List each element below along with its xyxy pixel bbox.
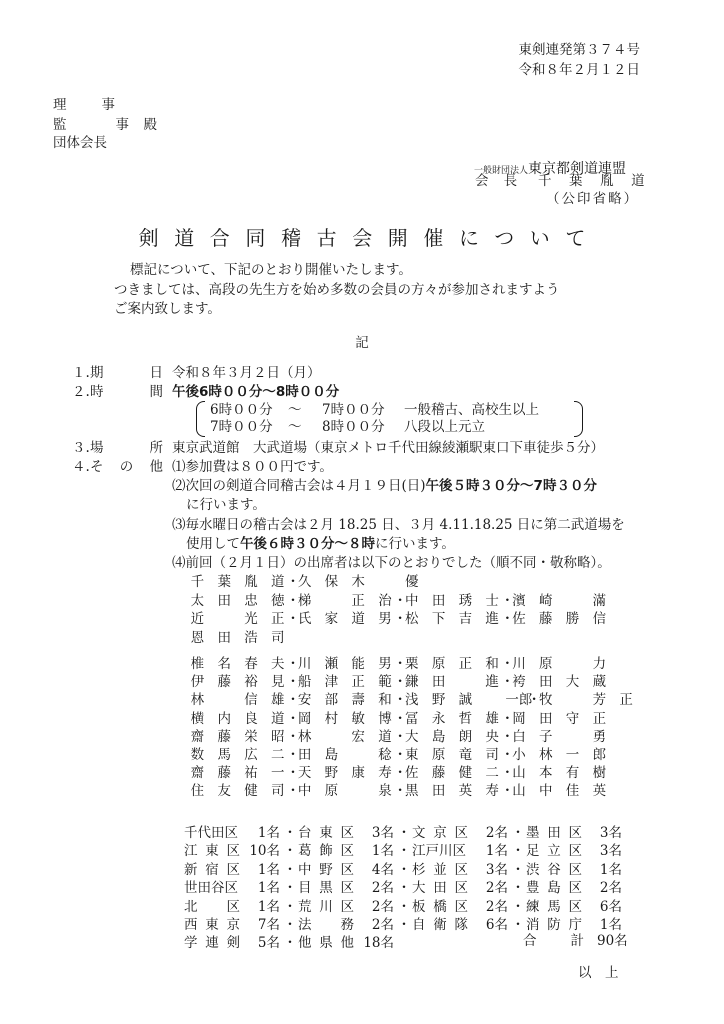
ward-count: 2名	[354, 882, 396, 896]
schedule-bracket-right	[574, 401, 583, 437]
schedule-desc: 八段以上元立	[404, 421, 485, 435]
recipient-group-heads: 団体会長	[53, 137, 107, 151]
attendee-row: 椎名春夫・川瀬能男・栗原正和・川原力	[184, 658, 613, 672]
item-number-3: ３.	[72, 442, 90, 456]
name-char: 田	[211, 595, 238, 609]
name-char: 田	[425, 785, 452, 799]
seal-omitted-note: （公印省略）	[546, 193, 639, 207]
name-char: 光	[238, 613, 265, 627]
attendee-row: 伊藤裕見・船津正範・鎌田進・袴田大蔵	[184, 676, 613, 690]
name-char: 裕	[238, 676, 265, 690]
ward-name: 足立区	[526, 845, 582, 859]
ward-count: 1名	[582, 919, 624, 933]
schedule-row-2: 7時００分 ～ 8時００分 八段以上元立	[210, 421, 273, 435]
schedule-desc: 一般稽古、高校生以上	[404, 404, 539, 418]
name-char: 部	[318, 694, 345, 708]
name-char: 朗	[452, 731, 479, 745]
name-char: 原	[318, 785, 345, 799]
schedule-to: 8時００分	[322, 421, 385, 435]
note-text: 使用して	[186, 536, 240, 552]
name-char	[559, 694, 586, 708]
ward-separator: ・	[396, 864, 412, 878]
ward-row: 世田谷区1名・目黒区2名・大田区2名・豊島区2名	[184, 882, 624, 896]
name-char: 司	[264, 632, 291, 646]
name-char: 英	[586, 785, 613, 799]
name-char: 正	[345, 595, 372, 609]
name-char	[372, 576, 399, 590]
name-char: 壽	[345, 694, 372, 708]
schedule-row-1: 6時００分 ～ 7時００分 一般稽古、高校生以上	[210, 404, 273, 418]
name-char: 誠	[452, 694, 479, 708]
note-previous-attendees: ⑷前回（２月１日）の出席者は以下のとおりでした（順不同・敬称略）。	[172, 557, 611, 571]
ward-name: 渋谷区	[526, 864, 582, 878]
name-char: 正	[613, 694, 640, 708]
recipient-char: 事	[102, 99, 116, 113]
ward-count: 2名	[582, 882, 624, 896]
name-char: 島	[318, 749, 345, 763]
ward-count: 3名	[354, 827, 396, 841]
ki-heading: 記	[0, 337, 724, 351]
event-place: 東京武道館 大武道場（東京メトロ千代田線綾瀬駅東口下車徒歩５分）	[172, 442, 604, 456]
ward-separator: ・	[282, 845, 298, 859]
name-char: 村	[318, 713, 345, 727]
attendee-row: 太田忠徳・梯正治・中田琇士・濱崎滿	[184, 595, 613, 609]
recipient-char: 事	[116, 119, 130, 133]
ward-name: 新宿区	[184, 864, 240, 878]
attendee-row: 数馬広二・田島稔・東原竜司・小林一郎	[184, 749, 613, 763]
attendee-row: 林信雄・安部壽和・浅野誠一郎・牧芳正	[184, 694, 640, 708]
ward-name: 荒川区	[298, 901, 354, 915]
name-char: 津	[318, 676, 345, 690]
ward-count: 18名	[354, 937, 396, 951]
ward-name: 中野区	[298, 864, 354, 878]
ward-separator: ・	[510, 827, 526, 841]
name-char: 正	[345, 676, 372, 690]
ward-separator: ・	[396, 845, 412, 859]
name-char: 名	[211, 658, 238, 672]
total-label-char: 合	[523, 933, 537, 949]
event-time: 午後6時００分～8時００分	[172, 386, 339, 400]
name-char: 樹	[586, 767, 613, 781]
ward-separator: ・	[396, 882, 412, 896]
ward-separator: ・	[282, 901, 298, 915]
name-char	[345, 749, 372, 763]
name-char: 藤	[211, 731, 238, 745]
note-fee: ⑴参加費は８００円です。	[172, 461, 333, 475]
attendee-row: 横内良道・岡村敏博・冨永哲雄・岡田守正	[184, 713, 613, 727]
name-char: 藤	[425, 767, 452, 781]
name-char	[559, 576, 586, 590]
label-char: 時	[90, 386, 104, 400]
label-char: 場	[90, 442, 104, 456]
attendee-row: 千葉胤道・久保木優	[184, 576, 586, 590]
name-char: 勝	[559, 613, 586, 627]
name-char: 信	[238, 694, 265, 708]
name-char: 藤	[211, 676, 238, 690]
note-text: に行います。	[375, 536, 455, 552]
name-char	[452, 576, 479, 590]
ward-count: 10名	[240, 845, 282, 859]
ward-name: 板橋区	[412, 901, 468, 915]
name-char: 瀬	[318, 658, 345, 672]
name-char: 優	[398, 576, 425, 590]
ward-name: 消防庁	[526, 919, 582, 933]
name-char: 広	[238, 749, 265, 763]
ward-name: 他県他	[298, 937, 354, 951]
document-date: 令和８年２月１２日	[519, 64, 641, 78]
ward-name: 台東区	[298, 827, 354, 841]
item-label-date: 期 日	[90, 367, 163, 381]
name-char	[318, 731, 345, 745]
attendee-row: 近光正・氏家道男・松下吉進・佐藤勝信	[184, 613, 613, 627]
name-char: 宏	[345, 731, 372, 745]
name-char: 正	[586, 713, 613, 727]
name-char: 藤	[532, 613, 559, 627]
total-label: 合計	[523, 935, 584, 949]
ward-count: 2名	[468, 827, 510, 841]
item-number-2: ２.	[72, 386, 90, 400]
item-label-other: そ の 他	[90, 461, 163, 475]
event-date: 令和８年３月２日（月）	[172, 367, 321, 381]
name-char: 椎	[184, 658, 211, 672]
name-char: 恩	[184, 632, 211, 646]
name-char: 伊	[184, 676, 211, 690]
reference-number: 東剣連発第３７４号	[519, 44, 641, 58]
ward-count: 6名	[582, 901, 624, 915]
ward-separator: ・	[282, 827, 298, 841]
name-char: 中	[532, 785, 559, 799]
label-char: 間	[150, 386, 164, 400]
name-char: 祐	[238, 767, 265, 781]
schedule-from: 7時００分	[210, 419, 273, 435]
recipient-char: 理	[53, 99, 67, 113]
name-char: 齋	[184, 767, 211, 781]
ward-name: 目黒区	[298, 882, 354, 896]
note-next-session: ⑵次回の剣道合同稽古会は４月１９日(日)午後５時３０分～7時３０分	[172, 480, 597, 494]
name-char	[479, 576, 506, 590]
ward-count: 2名	[468, 901, 510, 915]
name-char: 正	[452, 658, 479, 672]
attendee-row: 住友健司・中原泉・黒田英寿・山中佳英	[184, 785, 613, 799]
ward-count: 3名	[582, 827, 624, 841]
ward-name: 葛飾区	[298, 845, 354, 859]
name-char	[452, 676, 479, 690]
name-char: 健	[452, 767, 479, 781]
name-char: 崎	[532, 595, 559, 609]
name-char: 浩	[238, 632, 265, 646]
name-char: 佳	[559, 785, 586, 799]
name-char: 蔵	[586, 676, 613, 690]
name-char: 永	[425, 713, 452, 727]
name-char: 木	[345, 576, 372, 590]
name-char: 有	[559, 767, 586, 781]
name-char: 島	[425, 731, 452, 745]
label-char: そ	[90, 461, 104, 475]
name-char	[532, 576, 559, 590]
ward-count: 1名	[582, 864, 624, 878]
total-value: 90名	[597, 935, 628, 949]
schedule-bracket-left	[196, 401, 205, 437]
honorific: 殿	[144, 119, 158, 133]
label-char: 他	[150, 461, 164, 475]
name-char: 滿	[586, 595, 613, 609]
ward-count: 7名	[240, 919, 282, 933]
ward-count: 1名	[354, 845, 396, 859]
schedule-tilde: ～	[288, 421, 302, 435]
name-char: 数	[184, 749, 211, 763]
name-char: 一郎	[479, 694, 533, 708]
attendee-row: 恩田浩司	[184, 632, 291, 646]
attendee-row: 齋藤栄昭・林宏道・大島朗央・白子勇	[184, 731, 613, 745]
name-char: 力	[586, 658, 613, 672]
name-char: 胤	[238, 576, 265, 590]
intro-line-1: 標記について、下記のとおり開催いたします。	[130, 264, 412, 278]
document-title: 剣道合同稽古会開催について	[0, 228, 724, 248]
ward-name: 豊島区	[526, 882, 582, 896]
name-char	[318, 595, 345, 609]
name-char	[506, 576, 533, 590]
name-char: 子	[532, 731, 559, 745]
ward-name: 学連剣	[184, 937, 240, 951]
ward-name: 江東区	[184, 845, 240, 859]
name-char: 一	[559, 749, 586, 763]
ward-row: 西東京7名・法務2名・自衛隊6名・消防庁1名	[184, 919, 624, 933]
name-char: 友	[211, 785, 238, 799]
name-char: 能	[345, 658, 372, 672]
ward-separator: ・	[510, 845, 526, 859]
name-char: 馬	[211, 749, 238, 763]
name-char: 千	[184, 576, 211, 590]
name-char: 野	[318, 767, 345, 781]
item-label-time: 時 間	[90, 386, 163, 400]
ward-name: 北区	[184, 901, 240, 915]
name-char	[559, 595, 586, 609]
ward-count: 3名	[582, 845, 624, 859]
note-time-bold: 午後６時３０分～８時	[240, 536, 375, 552]
name-char: 本	[532, 767, 559, 781]
name-char: 原	[532, 658, 559, 672]
ward-name: 杉並区	[412, 864, 468, 878]
name-char: 勇	[586, 731, 613, 745]
name-char: 郎	[586, 749, 613, 763]
ward-count: 2名	[354, 919, 396, 933]
name-char: 田	[211, 632, 238, 646]
ward-name: 西東京	[184, 919, 240, 933]
intro-line-3: ご案内致します。	[114, 303, 221, 317]
intro-line-2: つきましては、高段の先生方を始め多数の会員の方々が参加されますよう	[114, 284, 560, 298]
schedule-from: 6時００分	[210, 402, 273, 418]
ward-count: 2名	[468, 882, 510, 896]
item-number-4: ４.	[72, 461, 90, 475]
name-char: 下	[425, 613, 452, 627]
label-char: 期	[90, 367, 104, 381]
name-char: 葉	[211, 576, 238, 590]
ward-separator: ・	[282, 864, 298, 878]
note-wednesday-line-2: 使用して午後６時３０分～８時に行います。	[186, 538, 455, 552]
name-char	[211, 694, 238, 708]
ward-name: 文京区	[412, 827, 468, 841]
name-char: 田	[425, 676, 452, 690]
ward-separator: ・	[396, 827, 412, 841]
recipient-directors: 理 事	[53, 99, 115, 113]
label-char: 所	[150, 442, 164, 456]
name-char: 林	[184, 694, 211, 708]
name-char: 哲	[452, 713, 479, 727]
name-char: 保	[318, 576, 345, 590]
name-char: 田	[532, 676, 559, 690]
closing-ijou: 以 上	[578, 967, 619, 981]
item-number-1: １.	[72, 367, 90, 381]
ward-separator: ・	[282, 919, 298, 933]
note-text: ⑵次回の剣道合同稽古会は４月１９日(日)	[172, 478, 426, 494]
name-char: 住	[184, 785, 211, 799]
name-char: 家	[318, 613, 345, 627]
ward-separator: ・	[396, 901, 412, 915]
name-char	[425, 576, 452, 590]
ward-count: 1名	[240, 882, 282, 896]
ward-name: 大田区	[412, 882, 468, 896]
ward-separator: ・	[510, 864, 526, 878]
name-char: 琇	[452, 595, 479, 609]
name-char: 齋	[184, 731, 211, 745]
name-char: 太	[184, 595, 211, 609]
ward-separator: ・	[510, 901, 526, 915]
ward-row: 江東区10名・葛飾区1名・江戸川区1名・足立区3名	[184, 845, 624, 859]
note-wednesday-line-1: ⑶毎水曜日の稽古会は２月 18.25 日、３月 4.11.18.25 日に第二武…	[172, 519, 625, 533]
ward-count: 4名	[354, 864, 396, 878]
ward-count: 1名	[240, 901, 282, 915]
sender-role: 会 長	[475, 175, 523, 189]
ward-name: 法務	[298, 919, 354, 933]
ward-name: 練馬区	[526, 901, 582, 915]
ward-name: 墨田区	[526, 827, 582, 841]
label-char: 日	[150, 367, 164, 381]
name-char	[211, 613, 238, 627]
name-char: 藤	[211, 767, 238, 781]
ward-count: 6名	[468, 919, 510, 933]
ward-row: 北区1名・荒川区2名・板橋区2名・練馬区6名	[184, 901, 624, 915]
name-char: 原	[425, 658, 452, 672]
recipient-char: 監	[53, 119, 67, 133]
ward-count: 1名	[468, 845, 510, 859]
ward-row: 千代田区1名・台東区3名・文京区2名・墨田区3名	[184, 827, 624, 841]
name-char: 林	[532, 749, 559, 763]
name-char: 竜	[452, 749, 479, 763]
ward-count: 5名	[240, 937, 282, 951]
ward-row: 新宿区1名・中野区4名・杉並区3名・渋谷区1名	[184, 864, 624, 878]
name-char: 田	[425, 595, 452, 609]
ward-separator: ・	[282, 882, 298, 896]
ward-count: 2名	[354, 901, 396, 915]
name-char: 道	[345, 613, 372, 627]
ward-separator: ・	[510, 919, 526, 933]
ward-name: 江戸川区	[412, 845, 468, 859]
name-char: 田	[532, 713, 559, 727]
name-char: 守	[559, 713, 586, 727]
name-char: 信	[586, 613, 613, 627]
name-char: 近	[184, 613, 211, 627]
ward-name: 自衛隊	[412, 919, 468, 933]
name-char: 春	[238, 658, 265, 672]
name-char: 栄	[238, 731, 265, 745]
schedule-tilde: ～	[288, 404, 302, 418]
name-char	[345, 785, 372, 799]
name-char: 横	[184, 713, 211, 727]
name-char	[559, 658, 586, 672]
note-time-bold: 午後５時３０分～7時３０分	[426, 478, 597, 494]
name-char: 英	[452, 785, 479, 799]
name-char: 敏	[345, 713, 372, 727]
name-char: 野	[425, 694, 452, 708]
label-char: の	[120, 461, 134, 475]
name-char: 康	[345, 767, 372, 781]
attendee-row: 齋藤祐一・天野康寿・佐藤健二・山本有樹	[184, 767, 613, 781]
name-char: 健	[238, 785, 265, 799]
ward-name: 世田谷区	[184, 882, 240, 896]
total-label-char: 計	[571, 933, 585, 949]
name-char: 大	[559, 676, 586, 690]
name-char: 芳	[586, 694, 613, 708]
ward-separator: ・	[510, 882, 526, 896]
ward-separator: ・	[282, 937, 298, 951]
name-char: 忠	[238, 595, 265, 609]
recipient-auditors: 監 事 殿	[53, 119, 157, 133]
name-char: 原	[425, 749, 452, 763]
schedule-to: 7時００分	[322, 404, 385, 418]
ward-separator: ・	[396, 919, 412, 933]
name-char	[559, 731, 586, 745]
ward-row: 学連剣5名・他県他18名	[184, 937, 396, 951]
item-label-place: 場 所	[90, 442, 163, 456]
ward-count: 1名	[240, 827, 282, 841]
ward-name: 千代田区	[184, 827, 240, 841]
name-char: 良	[238, 713, 265, 727]
ward-count: 1名	[240, 864, 282, 878]
note-next-session-cont: に行います。	[186, 499, 266, 513]
name-char: 吉	[452, 613, 479, 627]
name-char: 内	[211, 713, 238, 727]
sender-name: 千 葉 胤 道	[538, 175, 647, 189]
ward-count: 3名	[468, 864, 510, 878]
